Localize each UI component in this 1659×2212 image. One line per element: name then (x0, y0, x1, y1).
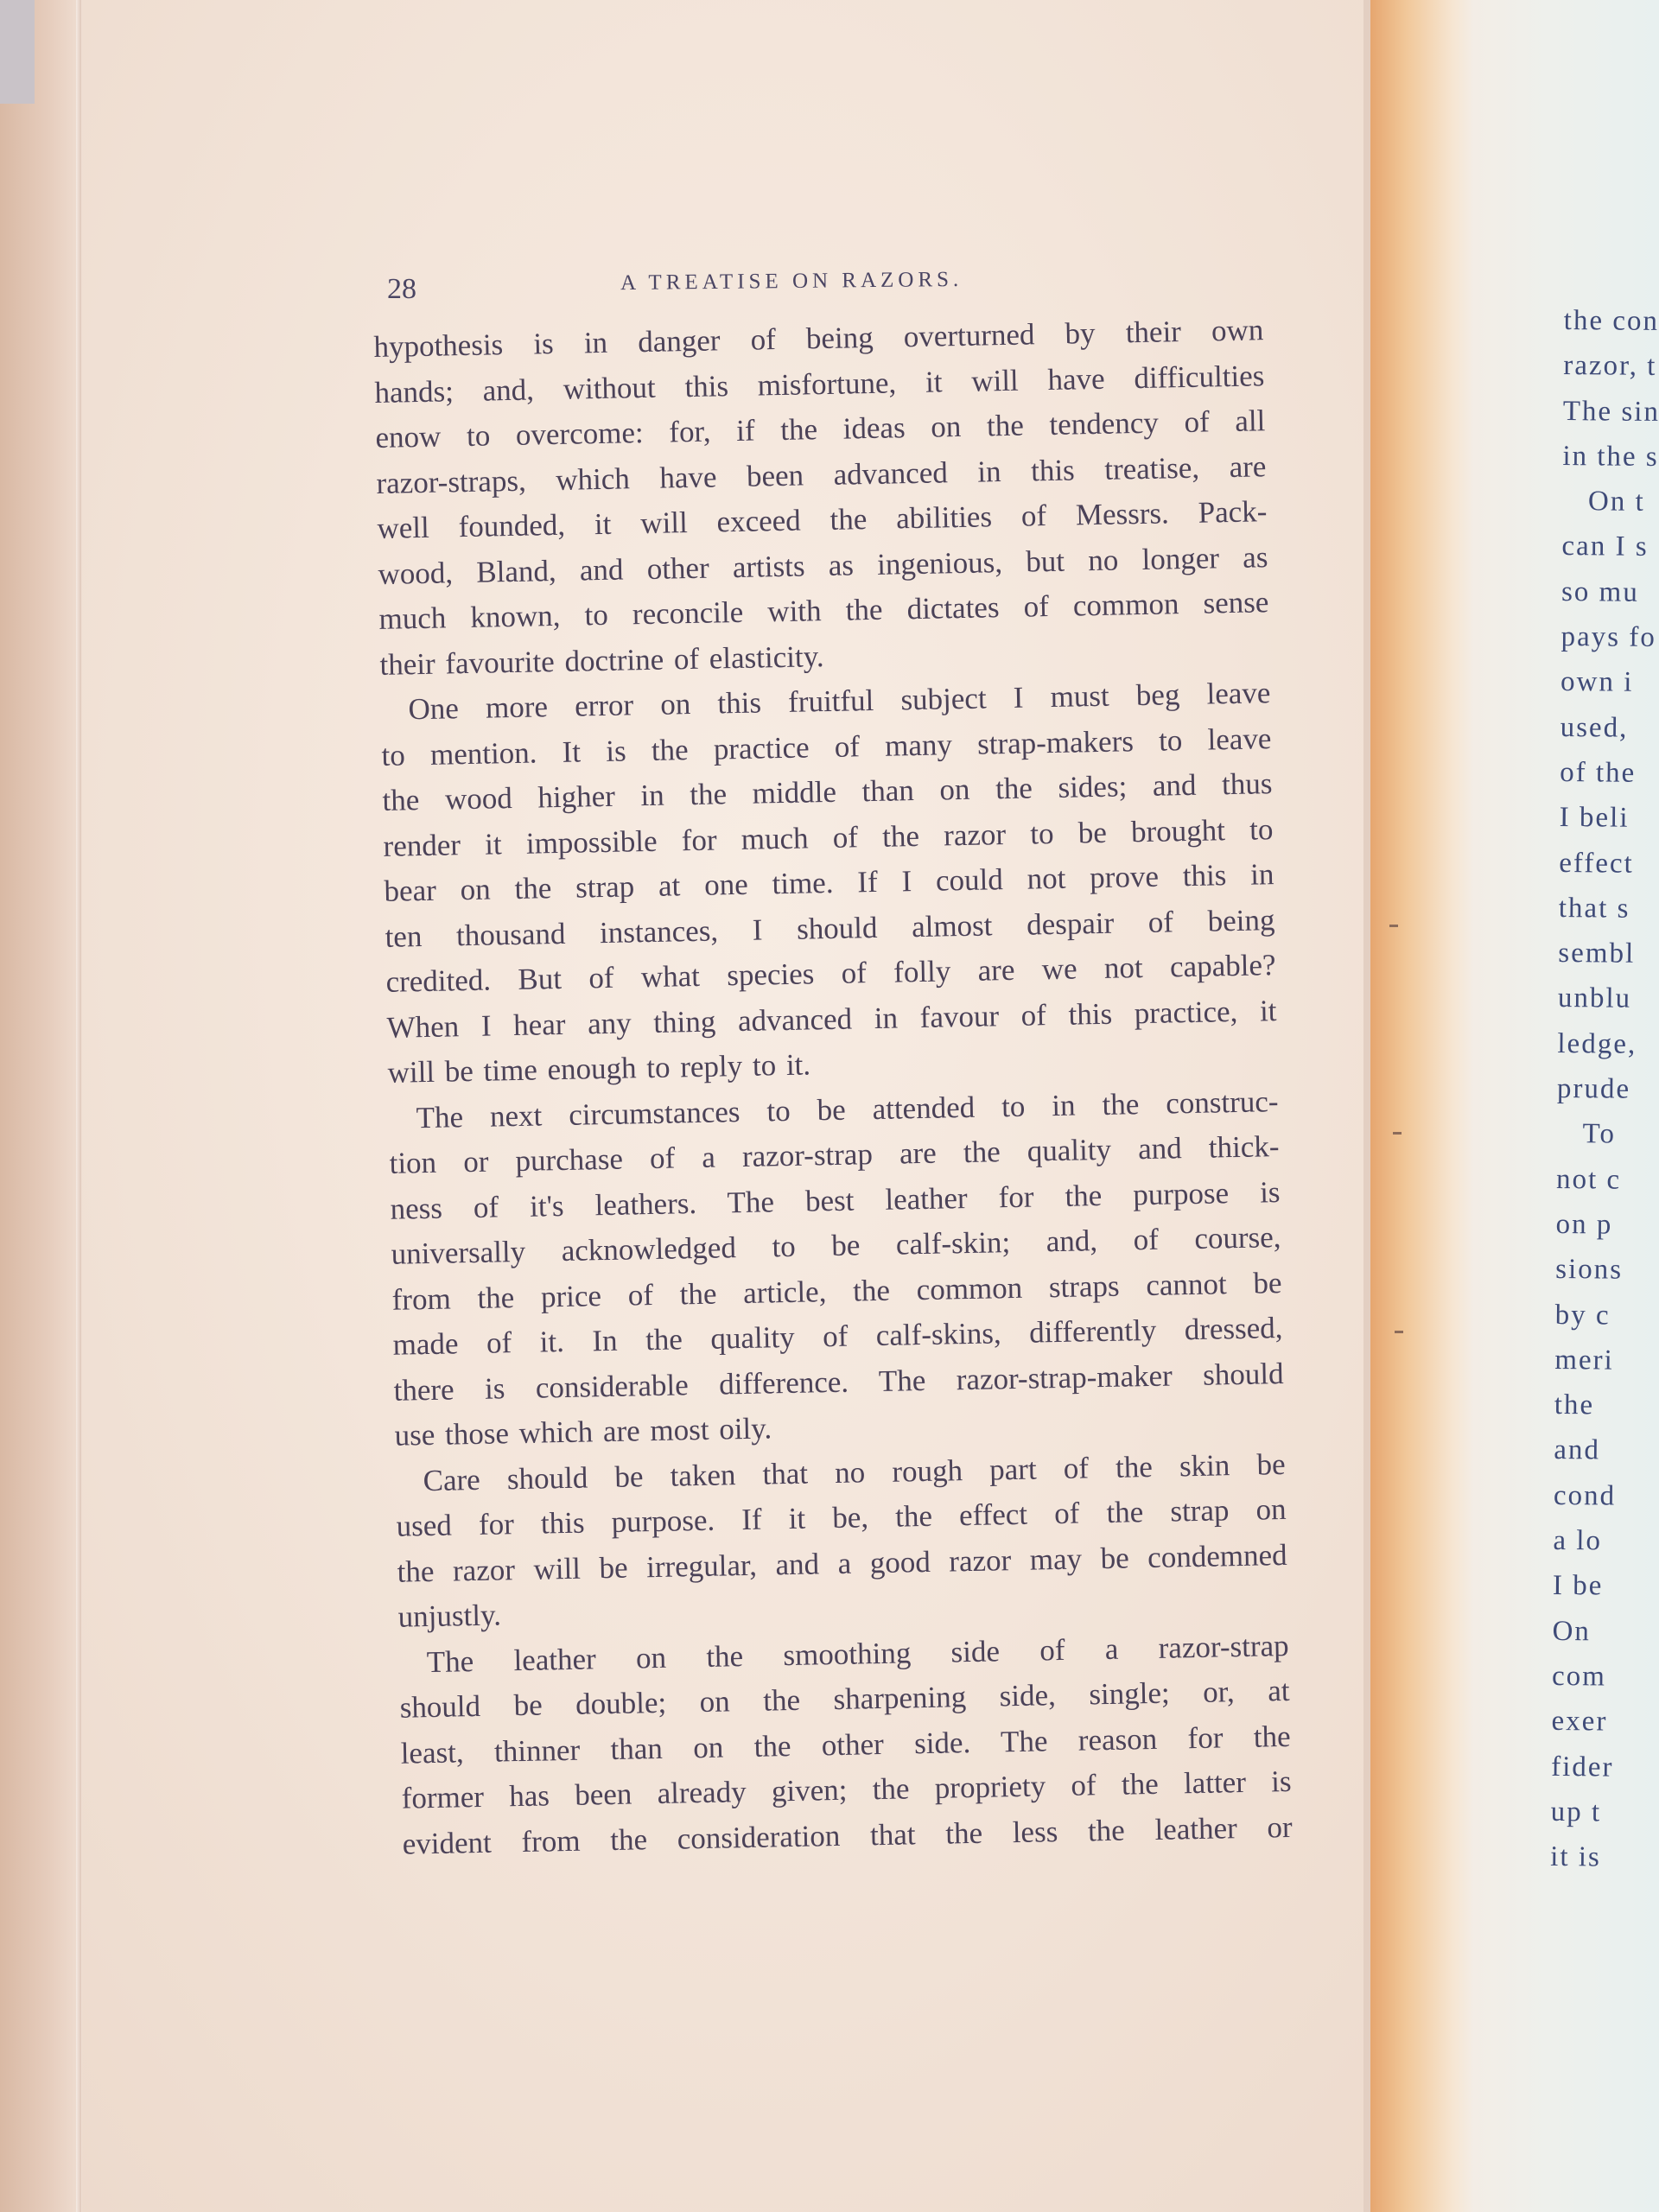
page-fore-edge (0, 0, 82, 2212)
book-gutter-shadow (1370, 0, 1474, 2212)
text-line: cond (1554, 1473, 1651, 1519)
text-line: fider (1551, 1744, 1649, 1789)
text-line: that s (1559, 886, 1656, 931)
running-head-title: A TREATISE ON RAZORS. (620, 268, 963, 296)
text-line: by c (1555, 1292, 1653, 1338)
text-line: so mu (1561, 569, 1659, 615)
page-number: 28 (387, 273, 416, 306)
paper-nick-mark (1393, 1132, 1402, 1135)
corner-shadow (0, 0, 35, 104)
page-edge (1363, 0, 1370, 2212)
text-line: ledge, (1557, 1021, 1655, 1067)
paper-nick-mark (1389, 925, 1398, 927)
text-line: and (1554, 1427, 1651, 1473)
text-line: sions (1555, 1247, 1653, 1293)
text-line: of the (1560, 750, 1657, 796)
text-line: the con (1564, 298, 1659, 344)
text-line: a lo (1553, 1518, 1650, 1564)
text-line: pays fo (1560, 614, 1658, 660)
paper-nick-mark (1395, 1331, 1403, 1333)
left-book-page: 28 A TREATISE ON RAZORS. hypothesis is i… (0, 0, 1370, 2212)
running-head: 28 A TREATISE ON RAZORS. (387, 270, 1018, 313)
right-book-page-partial: the conrazor, tThe sinin the sOn tcan I … (1474, 0, 1659, 2212)
page-body-text: hypothesis is in danger of being overtur… (373, 308, 1293, 1866)
right-page-text: the conrazor, tThe sinin the sOn tcan I … (1550, 298, 1659, 1880)
text-line: effect (1559, 841, 1656, 887)
text-line: not c (1556, 1157, 1654, 1203)
text-line: I be (1553, 1563, 1650, 1609)
text-line: it is (1550, 1834, 1648, 1880)
text-line: can I s (1561, 524, 1659, 569)
text-line: com (1552, 1654, 1649, 1700)
text-line: sembl (1558, 931, 1656, 976)
text-line: own i (1560, 659, 1658, 705)
text-line: exer (1551, 1699, 1649, 1745)
text-line: prude (1557, 1066, 1655, 1112)
text-line: the (1554, 1382, 1652, 1428)
deckle-edge (76, 0, 81, 2212)
text-line: The sin (1563, 389, 1659, 435)
text-line: I beli (1560, 795, 1657, 841)
text-line: razor, t (1563, 343, 1659, 389)
text-line: On (1552, 1609, 1649, 1655)
text-line: on p (1555, 1202, 1653, 1248)
text-line: On t (1562, 479, 1659, 524)
text-line: To (1556, 1111, 1654, 1157)
text-line: unblu (1558, 976, 1656, 1021)
text-line: meri (1554, 1338, 1652, 1383)
text-line: in the s (1562, 434, 1659, 480)
text-line: up t (1550, 1789, 1648, 1835)
text-line: used, (1560, 705, 1657, 751)
